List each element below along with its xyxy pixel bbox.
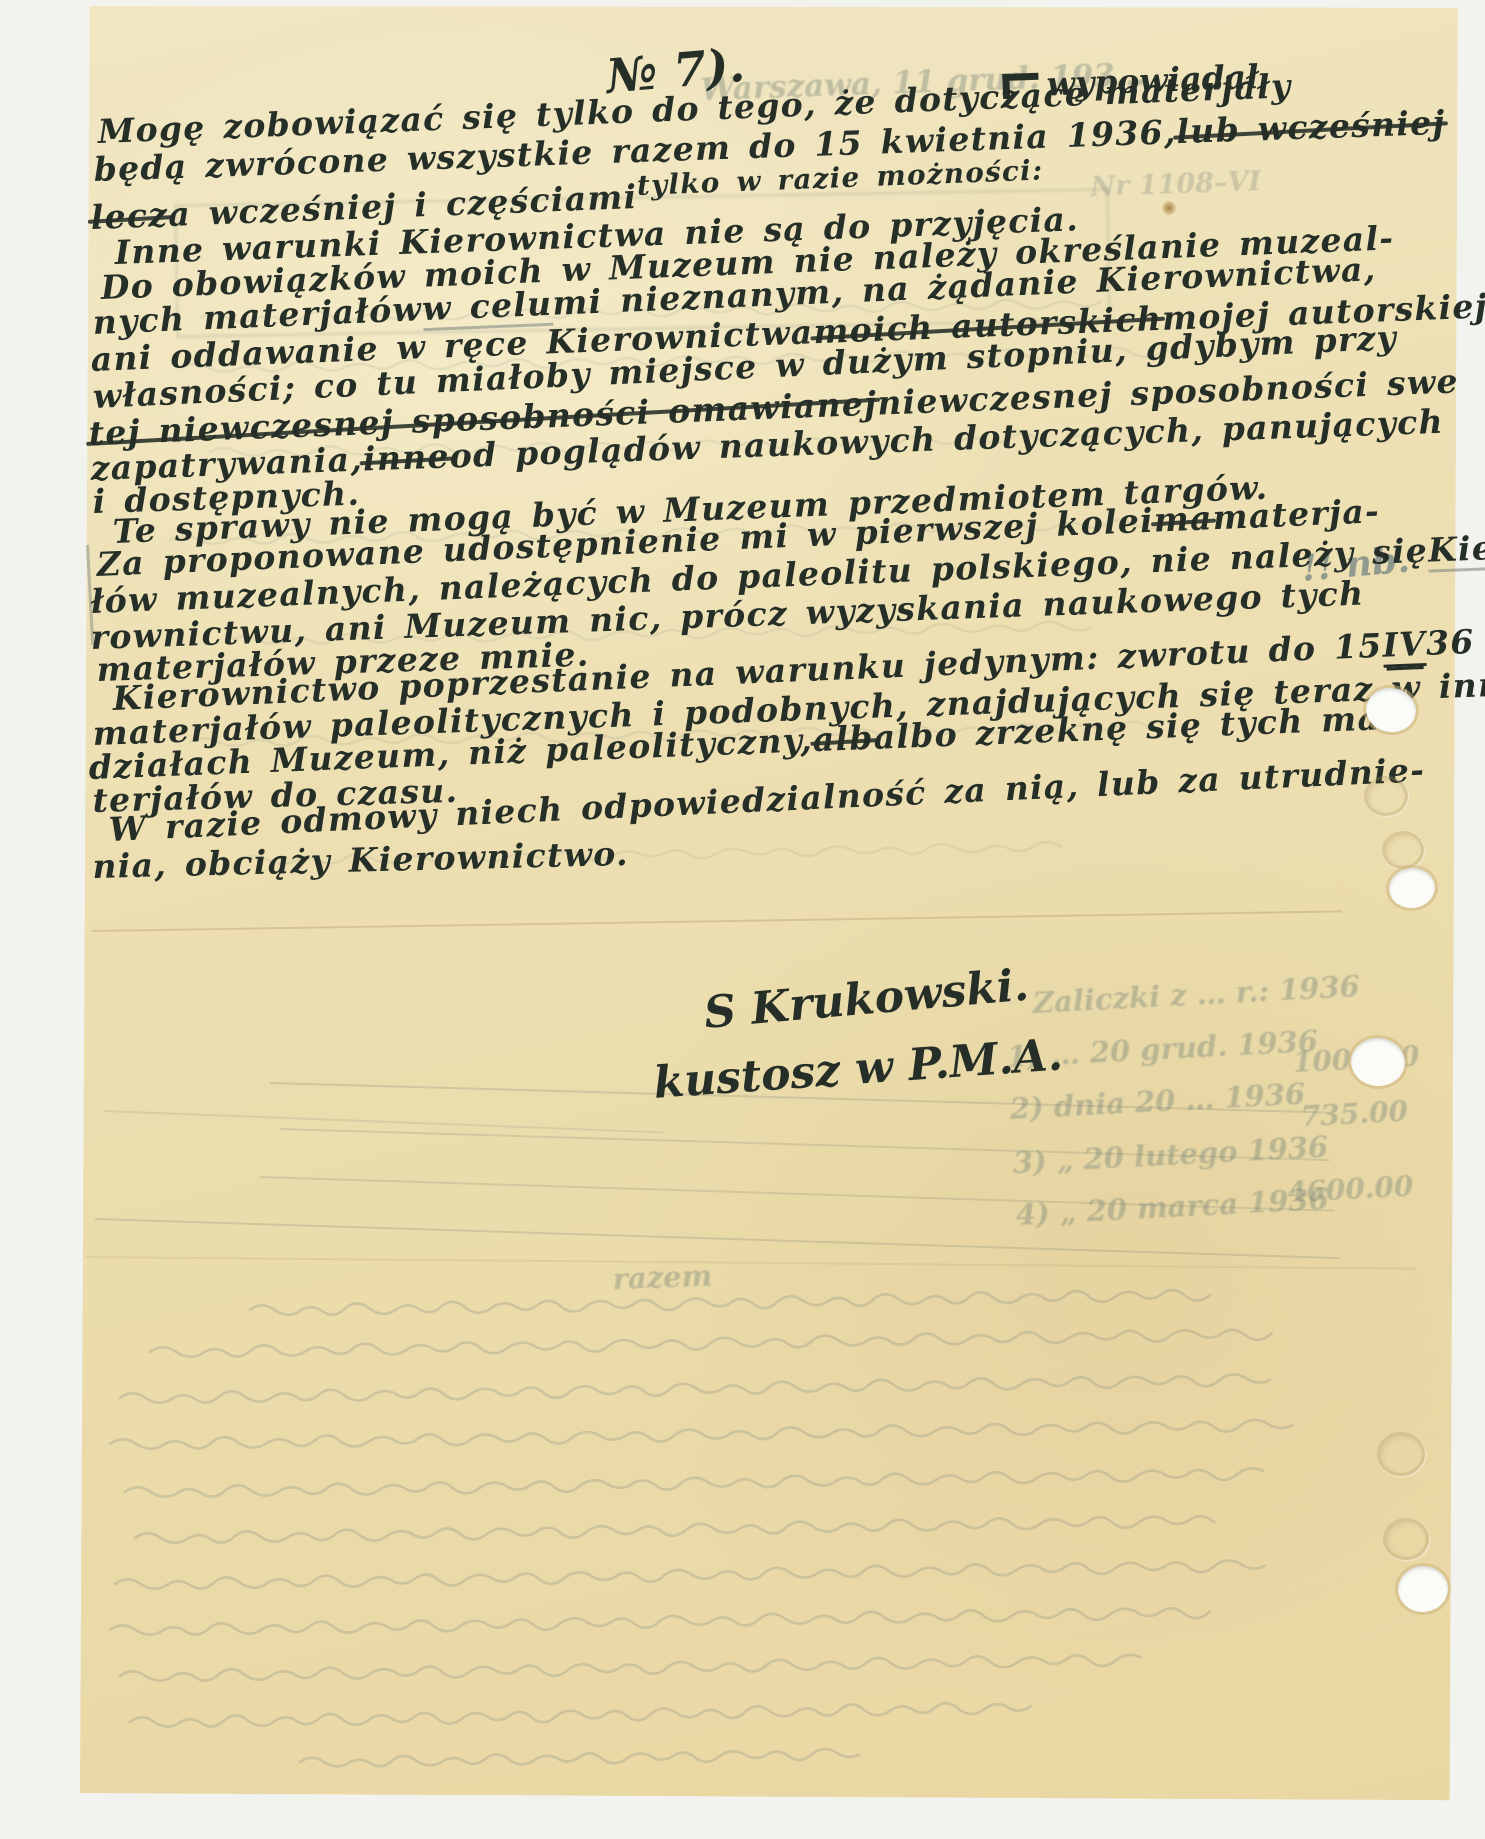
pressed-ring <box>1377 1432 1425 1476</box>
pressed-ring <box>1382 831 1424 869</box>
ghost-ledger-amount: 735.00 <box>1300 1094 1409 1133</box>
ghost-ledger-amount: 4600.00 <box>1286 1169 1414 1209</box>
ghost-ledger-total: razem <box>612 1259 713 1296</box>
text-segment: 36 <box>1425 622 1475 663</box>
text-segment: Kie- <box>1427 528 1485 573</box>
pressed-ring <box>1383 1518 1429 1560</box>
stain-spot <box>1162 200 1176 216</box>
pressed-ring <box>1364 776 1408 816</box>
text-segment: materja- <box>1212 491 1381 537</box>
struck-text: ma <box>1153 498 1213 539</box>
struck-text: inne <box>362 436 450 478</box>
scan-background: Warszawa, 11 grud. 193… Nr 1108–VI Zalic… <box>0 0 1485 1839</box>
bleed-through-ref: Nr 1108–VI <box>1090 166 1262 203</box>
text-segment: IV <box>1382 624 1427 668</box>
struck-text: alb <box>812 718 874 759</box>
